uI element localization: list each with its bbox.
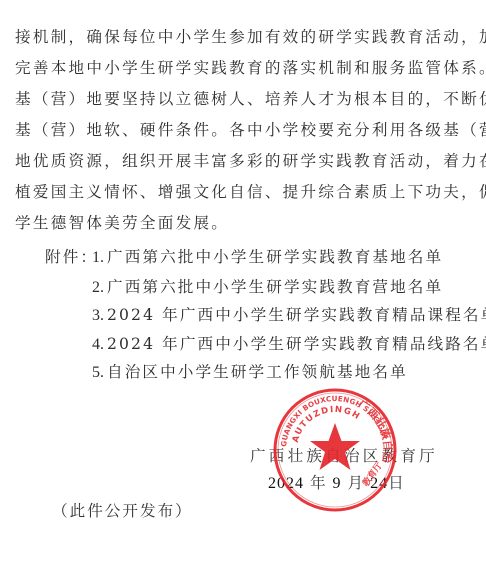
- attachment-item-3: 3.2024 年广西中小学生研学实践教育精品课程名单: [92, 305, 486, 326]
- body-line-2: 完善本地中小学生研学实践教育的落实机制和服务监管体系。各: [15, 58, 460, 78]
- body-line-5: 地优质资源，组织开展丰富多彩的研学实践教育活动，着力在厚: [15, 151, 460, 171]
- seal-latin-text: GUANGXI BOUXCUENGH SWCIGIH: [279, 394, 390, 447]
- body-line-6: 植爱国主义情怀、增强文化自信、提升综合素质上下功夫，促进: [15, 182, 460, 202]
- body-line-4: 基（营）地软、硬件条件。各中小学校要充分利用各级基（营）: [15, 120, 460, 140]
- attachment-number: 5.: [92, 364, 104, 381]
- attachment-title: 2024 年广西中小学生研学实践教育精品课程名单: [107, 306, 486, 324]
- attachment-title: 广西第六批中小学生研学实践教育基地名单: [107, 248, 443, 266]
- issue-date: 2024 年 9 月 24日: [268, 473, 405, 494]
- attachment-item-5: 5.自治区中小学生研学工作领航基地名单: [92, 362, 408, 383]
- body-line-7: 学生德智体美劳全面发展。: [15, 213, 460, 233]
- attachment-title: 自治区中小学生研学工作领航基地名单: [107, 363, 408, 381]
- svg-text:GUANGXI BOUXCUENGH SWCIGIH: GUANGXI BOUXCUENGH SWCIGIH: [279, 394, 390, 447]
- attachment-title: 广西第六批中小学生研学实践教育营地名单: [107, 278, 443, 296]
- attachment-item-1: 1.广西第六批中小学生研学实践教育基地名单: [92, 247, 443, 268]
- attachment-title: 2024 年广西中小学生研学实践教育精品线路名单: [107, 335, 486, 353]
- body-line-1: 接机制，确保每位中小学生参加有效的研学实践教育活动，加速: [15, 27, 460, 47]
- publication-note: （此件公开发布）: [52, 501, 193, 521]
- attachment-number: 2.: [92, 279, 104, 296]
- attachments-label: 附件：: [45, 247, 98, 267]
- attachment-item-2: 2.广西第六批中小学生研学实践教育营地名单: [92, 277, 443, 298]
- attachment-item-4: 4.2024 年广西中小学生研学实践教育精品线路名单: [92, 334, 486, 355]
- document-page: 接机制，确保每位中小学生参加有效的研学实践教育活动，加速 完善本地中小学生研学实…: [0, 0, 486, 585]
- attachment-number: 1.: [92, 249, 104, 266]
- attachment-number: 4.: [92, 336, 104, 353]
- attachment-number: 3.: [92, 307, 104, 324]
- issuing-organization: 广西壮族自治区教育厅: [250, 446, 438, 466]
- svg-text:AUTUZDINGH: AUTUZDINGH: [291, 405, 362, 444]
- body-line-3: 基（营）地要坚持以立德树人、培养人才为根本目的，不断优化: [15, 89, 460, 109]
